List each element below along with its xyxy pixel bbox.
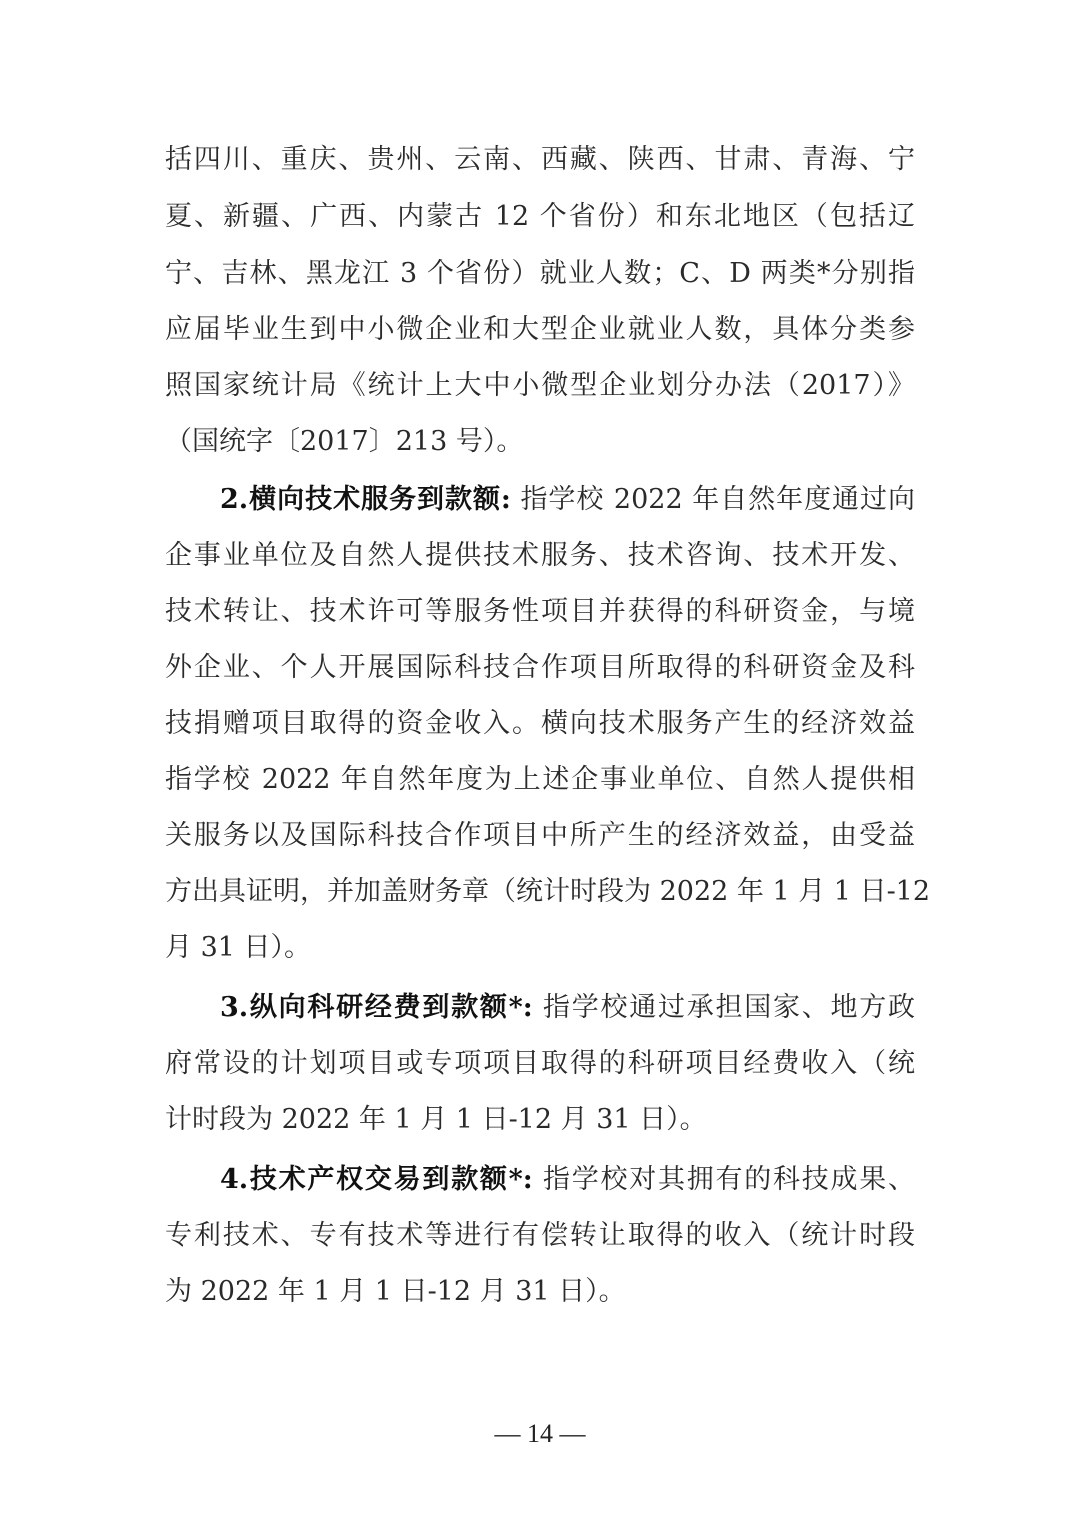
paragraph-line: 月 31 日）。 bbox=[165, 928, 915, 968]
section-4-heading: 4.技术产权交易到款额*: bbox=[220, 1164, 533, 1195]
paragraph-line: 宁、吉林、黑龙江 3 个省份）就业人数；C、D 两类*分别指 bbox=[165, 254, 915, 294]
section-4-first-line: 4.技术产权交易到款额*: 指学校对其拥有的科技成果、 bbox=[220, 1160, 915, 1200]
section-3-heading: 3.纵向科研经费到款额*: bbox=[220, 992, 533, 1023]
paragraph-line: 为 2022 年 1 月 1 日-12 月 31 日）。 bbox=[165, 1272, 915, 1312]
paragraph-line: 技术转让、技术许可等服务性项目并获得的科研资金，与境 bbox=[165, 592, 915, 632]
section-2-first-line: 2.横向技术服务到款额: 指学校 2022 年自然年度通过向 bbox=[220, 480, 915, 520]
section-4-first-text: 指学校对其拥有的科技成果、 bbox=[533, 1164, 915, 1195]
paragraph-line: 方出具证明，并加盖财务章（统计时段为 2022 年 1 月 1 日-12 bbox=[165, 872, 915, 912]
document-page: 括四川、重庆、贵州、云南、西藏、陕西、甘肃、青海、宁 夏、新疆、广西、内蒙古 1… bbox=[0, 0, 1080, 1528]
paragraph-line: 关服务以及国际科技合作项目中所产生的经济效益，由受益 bbox=[165, 816, 915, 856]
paragraph-line: 照国家统计局《统计上大中小微型企业划分办法（2017）》 bbox=[165, 366, 915, 406]
page-number: — 14 — bbox=[0, 1416, 1080, 1452]
paragraph-line: （国统字〔2017〕213 号）。 bbox=[165, 422, 915, 462]
paragraph-line: 专利技术、专有技术等进行有偿转让取得的收入（统计时段 bbox=[165, 1216, 915, 1256]
paragraph-line: 企事业单位及自然人提供技术服务、技术咨询、技术开发、 bbox=[165, 536, 915, 576]
paragraph-line: 技捐赠项目取得的资金收入。横向技术服务产生的经济效益 bbox=[165, 704, 915, 744]
paragraph-line: 括四川、重庆、贵州、云南、西藏、陕西、甘肃、青海、宁 bbox=[165, 140, 915, 180]
paragraph-line: 府常设的计划项目或专项项目取得的科研项目经费收入（统 bbox=[165, 1044, 915, 1084]
paragraph-line: 指学校 2022 年自然年度为上述企事业单位、自然人提供相 bbox=[165, 760, 915, 800]
paragraph-line: 计时段为 2022 年 1 月 1 日-12 月 31 日）。 bbox=[165, 1100, 915, 1140]
section-2-first-text: 指学校 2022 年自然年度通过向 bbox=[511, 484, 915, 515]
section-3-first-line: 3.纵向科研经费到款额*: 指学校通过承担国家、地方政 bbox=[220, 988, 915, 1028]
paragraph-line: 应届毕业生到中小微企业和大型企业就业人数，具体分类参 bbox=[165, 310, 915, 350]
paragraph-line: 外企业、个人开展国际科技合作项目所取得的科研资金及科 bbox=[165, 648, 915, 688]
section-2-heading: 2.横向技术服务到款额: bbox=[220, 484, 511, 515]
section-3-first-text: 指学校通过承担国家、地方政 bbox=[533, 992, 915, 1023]
paragraph-line: 夏、新疆、广西、内蒙古 12 个省份）和东北地区（包括辽 bbox=[165, 197, 915, 237]
